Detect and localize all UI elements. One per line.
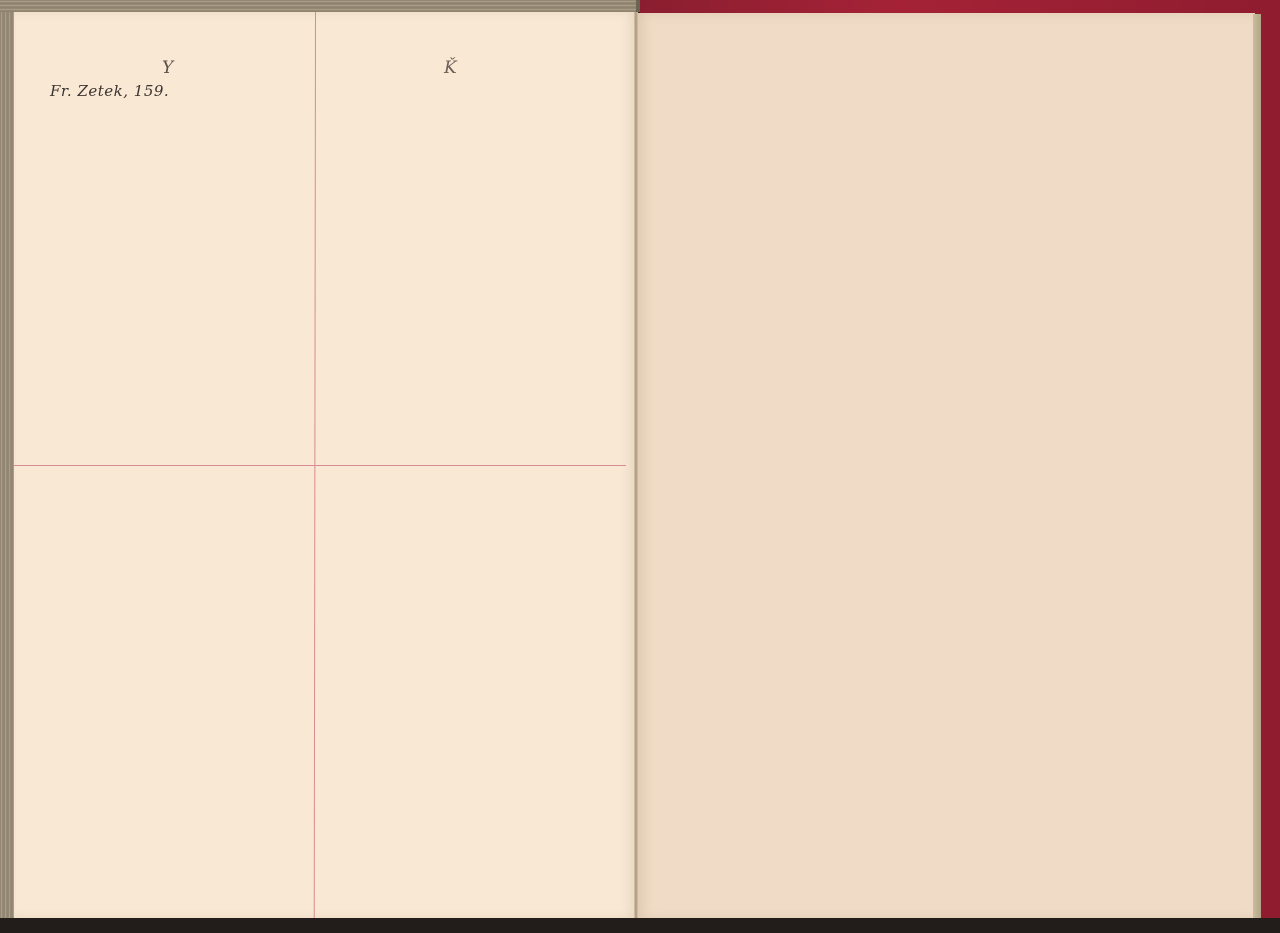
right-page	[637, 13, 1255, 920]
quadrant-mark-right: Ǩ	[444, 58, 457, 78]
right-page-fore-edge	[1253, 14, 1261, 919]
owner-inscription: Fr. Zetek, 159.	[50, 82, 169, 100]
book-gutter	[634, 12, 638, 920]
quadrant-mark-left: Y	[162, 58, 173, 78]
horizontal-ruling-line	[14, 465, 626, 466]
background-bottom	[0, 918, 1280, 933]
page-stack-top-edge	[0, 0, 636, 12]
